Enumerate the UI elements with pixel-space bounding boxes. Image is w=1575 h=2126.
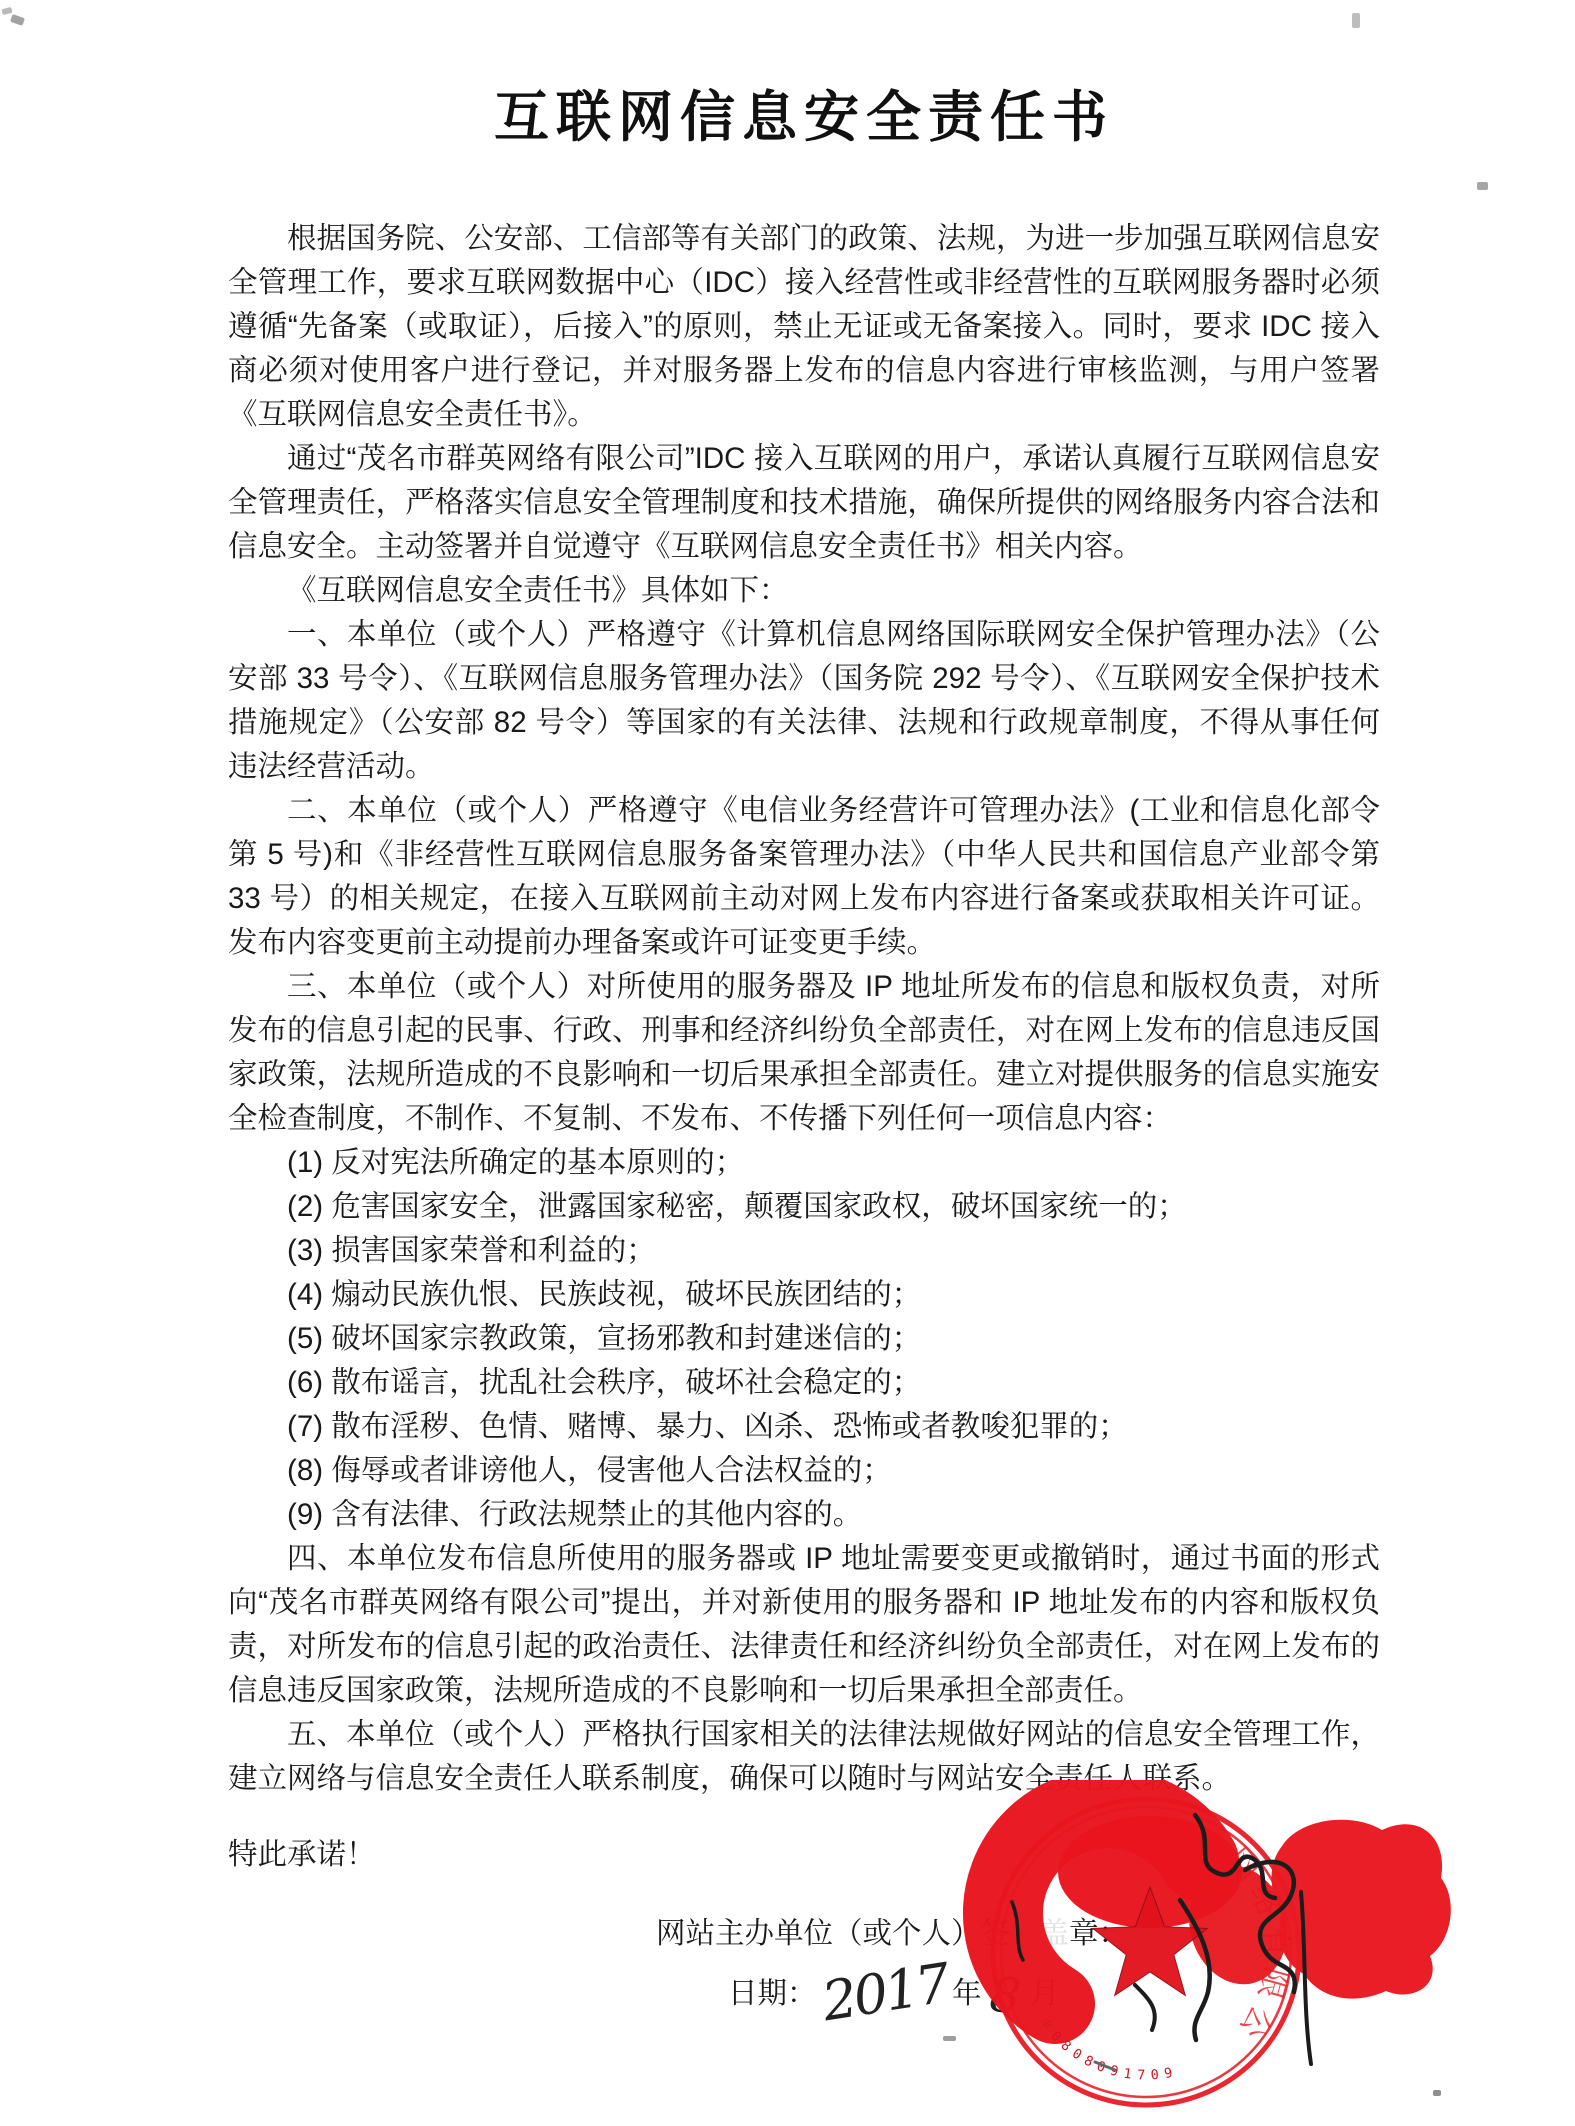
list-item: (9) 含有法律、行政法规禁止的其他内容的。 [228, 1493, 1380, 1537]
list-item: (1) 反对宪法所确定的基本原则的； [228, 1141, 1380, 1185]
scanned-document-page: 互联网信息安全责任书 根据国务院、公安部、工信部等有关部门的政策、法规，为进一步… [0, 0, 1575, 2126]
scan-artifact [1352, 13, 1360, 28]
list-item: (7) 散布淫秽、色情、赌博、暴力、凶杀、恐怖或者教唆犯罪的； [228, 1405, 1380, 1449]
list-item: (6) 散布谣言，扰乱社会秩序，破坏社会稳定的； [228, 1361, 1380, 1405]
document-content: 互联网信息安全责任书 根据国务院、公安部、工信部等有关部门的政策、法规，为进一步… [228, 0, 1380, 2020]
scan-artifact [1433, 2090, 1441, 2096]
page-title: 互联网信息安全责任书 [228, 0, 1380, 149]
list-item: (5) 破坏国家宗教政策，宣扬邪教和封建迷信的； [228, 1317, 1380, 1361]
list-item: (8) 侮辱或者诽谤他人，侵害他人合法权益的； [228, 1449, 1380, 1493]
handwritten-year: 2017 [818, 1958, 950, 2029]
red-seal-stamp: 网络有限公 ＊0808091709 [960, 1780, 1460, 2126]
signature-label-prefix: 网站主办单位（或个人）签 [656, 1917, 1010, 1950]
paragraph: 三、本单位（或个人）对所使用的服务器及 IP 地址所发布的信息和版权负责，对所发… [228, 965, 1380, 1141]
list-item: (3) 损害国家荣誉和利益的； [228, 1229, 1380, 1273]
paragraph: 《互联网信息安全责任书》具体如下： [228, 569, 1380, 613]
scan-artifact [943, 2036, 956, 2041]
scan-artifact [10, 14, 25, 26]
paragraph: 二、本单位（或个人）严格遵守《电信业务经营许可管理办法》(工业和信息化部令第 5… [228, 789, 1380, 965]
list-item: (4) 煽动民族仇恨、民族歧视，破坏民族团结的； [228, 1273, 1380, 1317]
paragraph: 通过“茂名市群英网络有限公司”IDC 接入互联网的用户，承诺认真履行互联网信息安… [228, 437, 1380, 569]
paragraph: 四、本单位发布信息所使用的服务器或 IP 地址需要变更或撤销时，通过书面的形式向… [228, 1537, 1380, 1713]
list-item: (2) 危害国家安全，泄露国家秘密，颠覆国家政权，破坏国家统一的； [228, 1185, 1380, 1229]
date-label: 日期： [728, 1977, 817, 2010]
scan-artifact [1477, 182, 1488, 190]
body-paragraphs: 根据国务院、公安部、工信部等有关部门的政策、法规，为进一步加强互联网信息安全管理… [228, 217, 1380, 1801]
paragraph: 一、本单位（或个人）严格遵守《计算机信息网络国际联网安全保护管理办法》（公安部 … [228, 613, 1380, 789]
scan-artifact [1, 7, 12, 15]
paragraph: 根据国务院、公安部、工信部等有关部门的政策、法规，为进一步加强互联网信息安全管理… [228, 217, 1380, 437]
